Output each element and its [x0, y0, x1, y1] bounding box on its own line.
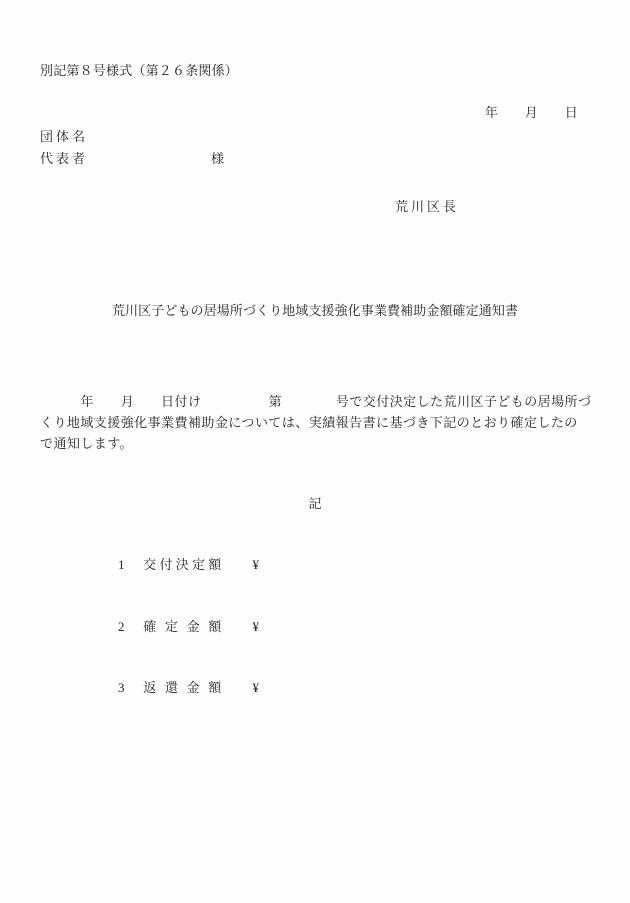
honorific-sama: 様: [211, 151, 224, 166]
amount-items: 1 交付決定額 ¥ 2 確定金額 ¥ 3 返還金額 ¥: [40, 557, 590, 695]
item-confirmed-amount: 2 確定金額 ¥: [118, 619, 590, 634]
record-marker: 記: [40, 496, 590, 511]
body-line-1: 年 月 日付け 第 号で交付決定した荒川区子どもの居場所づ: [40, 391, 590, 412]
date-line: 年 月 日: [40, 105, 590, 120]
item-3-number: 3: [118, 680, 126, 695]
body-line-3: で通知します。: [40, 433, 590, 454]
item-3-label: 返還金額: [143, 680, 221, 695]
item-1-yen-sign: ¥: [253, 557, 260, 572]
item-refund-amount: 3 返還金額 ¥: [118, 680, 590, 695]
item-grant-decision-amount: 1 交付決定額 ¥: [118, 557, 590, 572]
notice-document-page: 別記第８号様式（第２６条関係） 年 月 日 団体名 代表者 様 荒川区長 荒川区…: [0, 0, 630, 903]
item-1-number: 1: [118, 557, 126, 572]
item-2-label: 確定金額: [143, 619, 221, 634]
representative-label: 代表者: [40, 151, 85, 166]
item-2-yen-sign: ¥: [253, 619, 260, 634]
item-2-number: 2: [118, 619, 126, 634]
body-line-2: くり地域支援強化事業費補助金については、実績報告書に基づき下記のとおり確定したの: [40, 412, 590, 433]
sender-mayor: 荒川区長: [40, 199, 590, 214]
item-1-label: 交付決定額: [143, 557, 221, 572]
addressee-org-line: 団体名: [40, 129, 590, 144]
item-3-yen-sign: ¥: [253, 680, 260, 695]
document-title: 荒川区子どもの居場所づくり地域支援強化事業費補助金額確定通知書: [40, 303, 590, 318]
addressee-rep-line: 代表者 様: [40, 151, 590, 166]
body-paragraph: 年 月 日付け 第 号で交付決定した荒川区子どもの居場所づ くり地域支援強化事業…: [40, 391, 590, 454]
form-number: 別記第８号様式（第２６条関係）: [40, 63, 590, 78]
org-name-label: 団体名: [40, 129, 85, 144]
